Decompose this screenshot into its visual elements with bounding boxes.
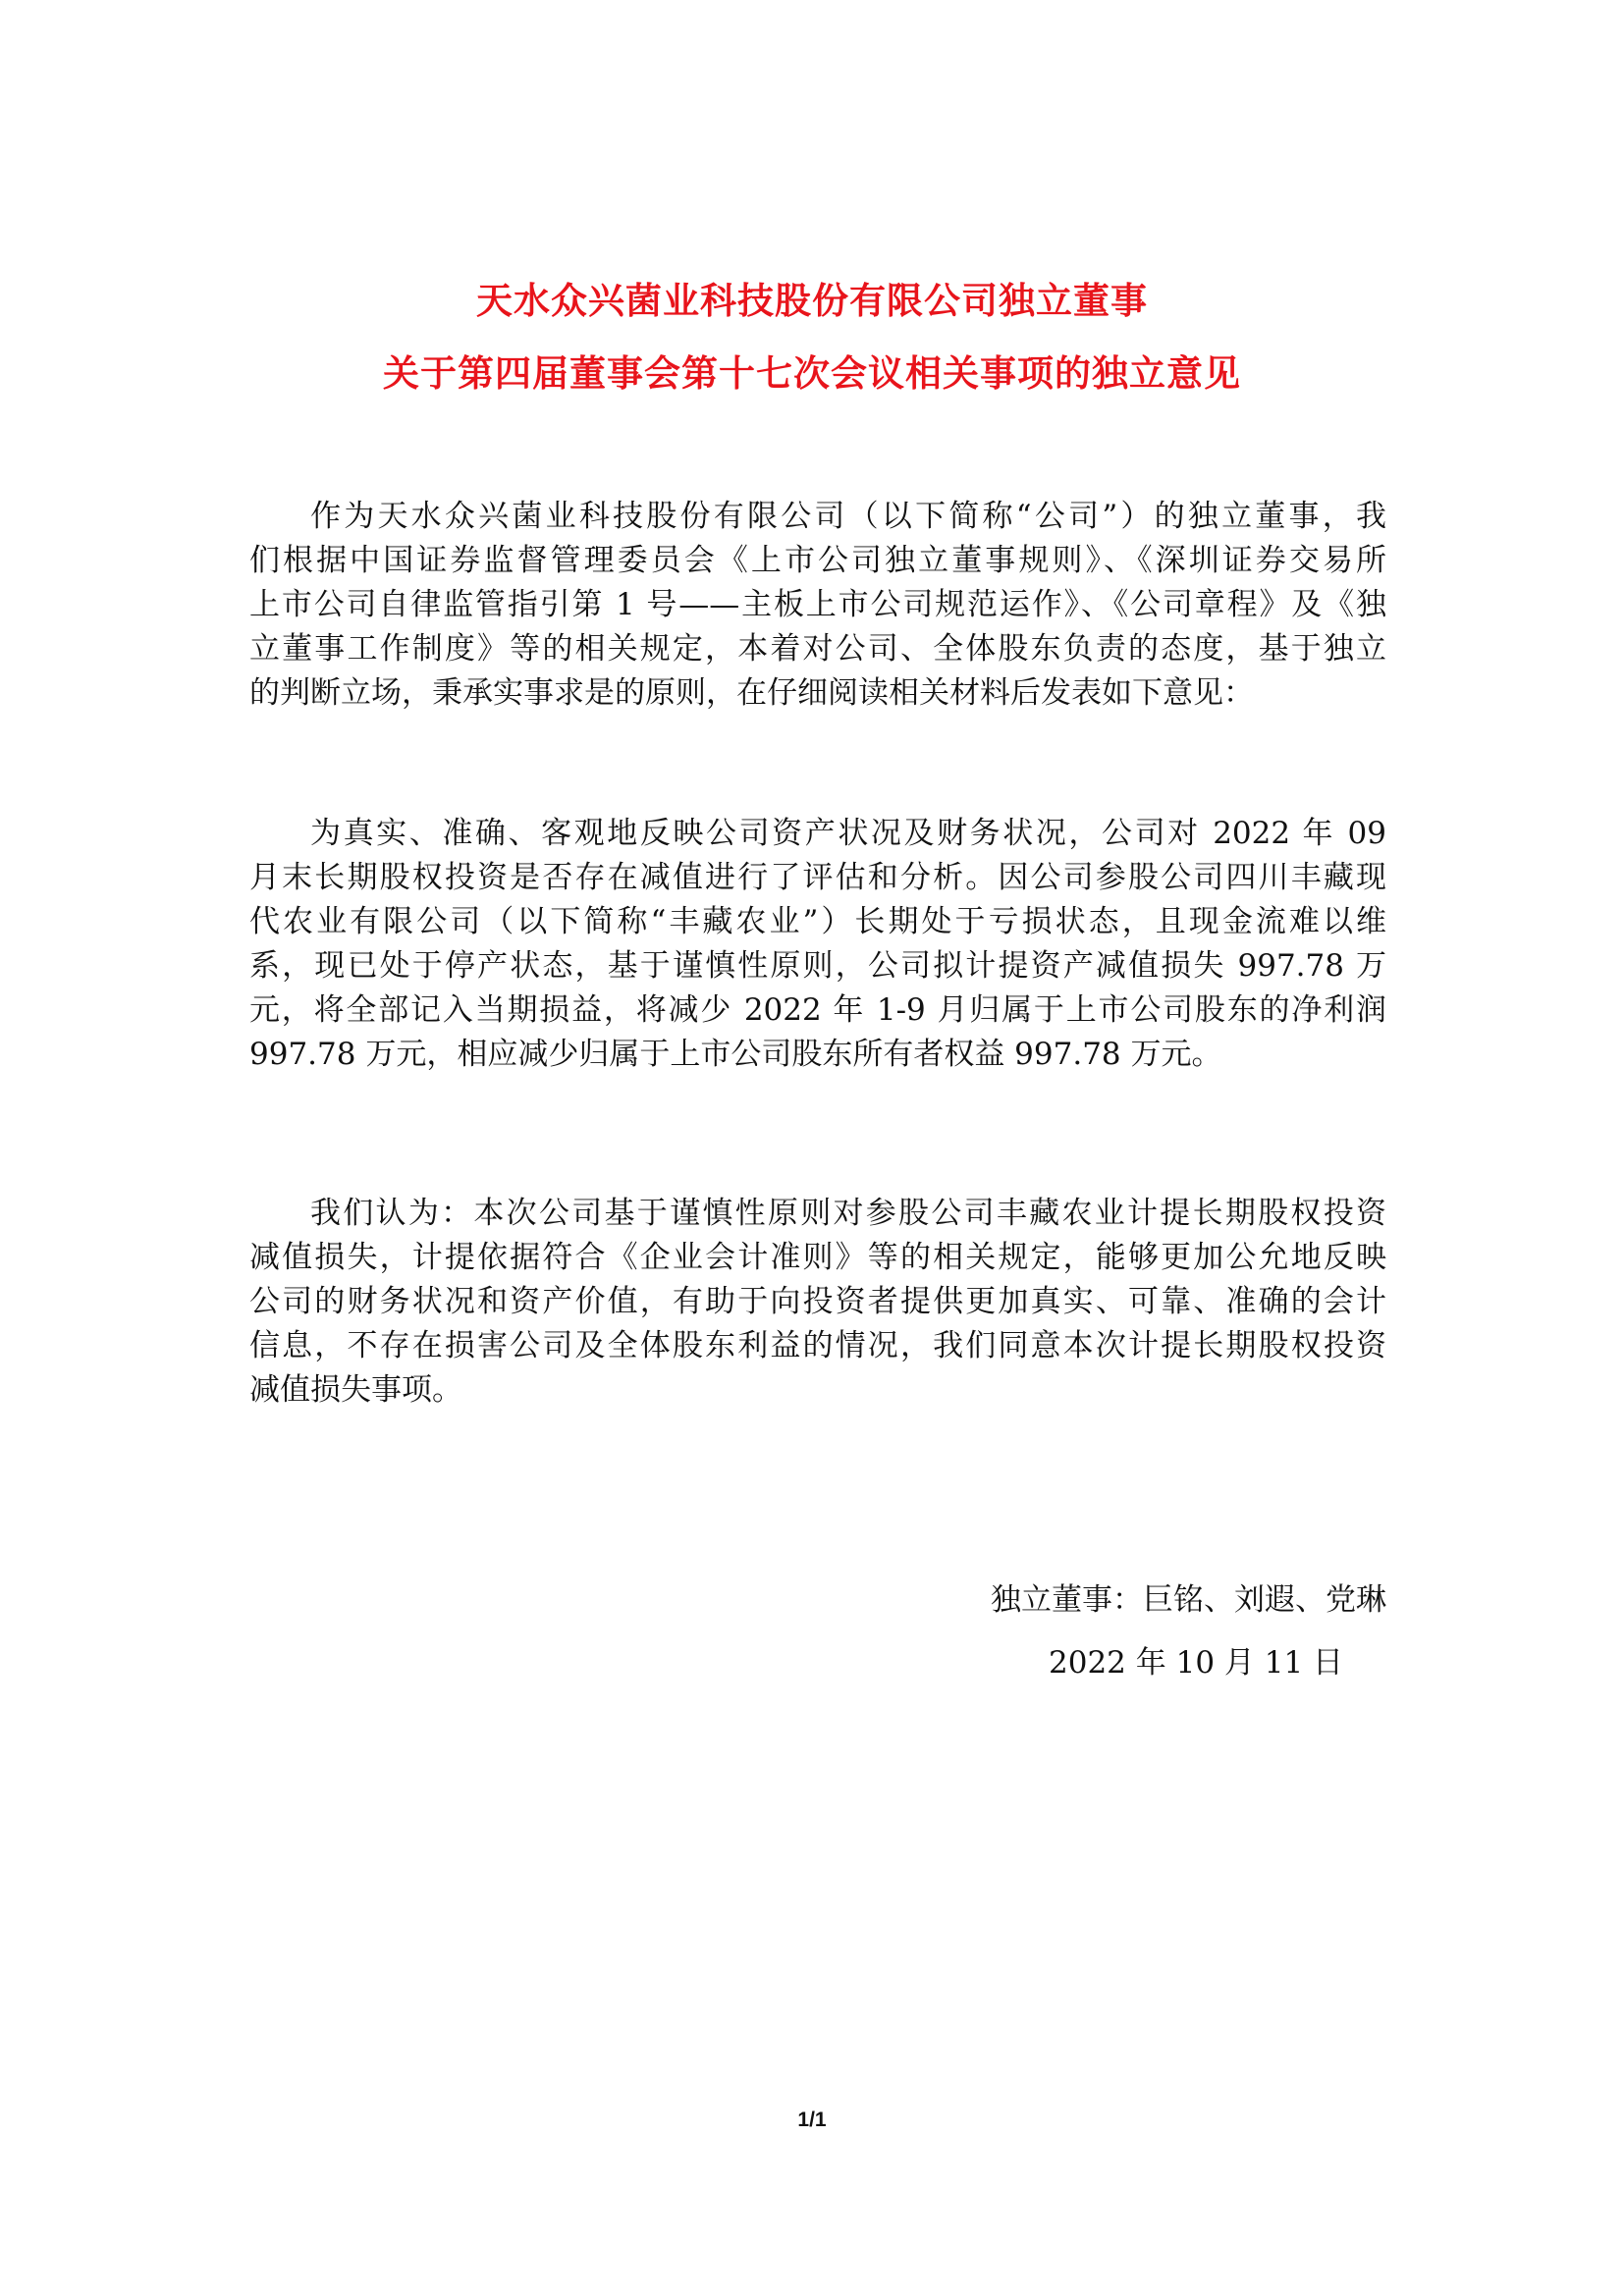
paragraph-line: 作为天水众兴菌业科技股份有限公司（以下简称“公司”）的独立董事，我 [249, 491, 1386, 535]
paragraph-line: 系，现已处于停产状态，基于谨慎性原则，公司拟计提资产减值损失 997.78 万 [249, 940, 1386, 985]
paragraph-impairment: 为真实、准确、客观地反映公司资产状况及财务状况，公司对 2022 年 09 月末… [249, 808, 1386, 1073]
paragraph-line: 上市公司自律监管指引第 1 号——主板上市公司规范运作》、《公司章程》及《独 [249, 579, 1386, 623]
paragraph-line: 减值损失事项。 [249, 1364, 1386, 1409]
paragraph-line: 们根据中国证券监督管理委员会《上市公司独立董事规则》、《深圳证券交易所 [249, 535, 1386, 579]
signature-date: 2022 年 10 月 11 日 [1049, 1637, 1343, 1682]
paragraph-line: 我们认为：本次公司基于谨慎性原则对参股公司丰藏农业计提长期股权投资 [249, 1188, 1386, 1232]
paragraph-line: 代农业有限公司（以下简称“丰藏农业”）长期处于亏损状态，且现金流难以维 [249, 896, 1386, 940]
paragraph-line: 公司的财务状况和资产价值，有助于向投资者提供更加真实、可靠、准确的会计 [249, 1276, 1386, 1320]
document-page: 天水众兴菌业科技股份有限公司独立董事 关于第四届董事会第十七次会议相关事项的独立… [0, 0, 1624, 2296]
document-title-line-1: 天水众兴菌业科技股份有限公司独立董事 [0, 271, 1624, 324]
paragraph-line: 立董事工作制度》等的相关规定，本着对公司、全体股东负责的态度，基于独立 [249, 623, 1386, 667]
signature-names: 独立董事：巨铭、刘遐、党琳 [991, 1575, 1386, 1619]
paragraph-line: 的判断立场，秉承实事求是的原则，在仔细阅读相关材料后发表如下意见： [249, 667, 1386, 712]
paragraph-line: 为真实、准确、客观地反映公司资产状况及财务状况，公司对 2022 年 09 [249, 808, 1386, 852]
paragraph-line: 减值损失，计提依据符合《企业会计准则》等的相关规定，能够更加公允地反映 [249, 1232, 1386, 1276]
paragraph-line: 元，将全部记入当期损益，将减少 2022 年 1-9 月归属于上市公司股东的净利… [249, 985, 1386, 1029]
document-title-line-2: 关于第四届董事会第十七次会议相关事项的独立意见 [0, 344, 1624, 397]
paragraph-line: 月末长期股权投资是否存在减值进行了评估和分析。因公司参股公司四川丰藏现 [249, 852, 1386, 896]
paragraph-line: 信息，不存在损害公司及全体股东利益的情况，我们同意本次计提长期股权投资 [249, 1320, 1386, 1364]
paragraph-intro: 作为天水众兴菌业科技股份有限公司（以下简称“公司”）的独立董事，我 们根据中国证… [249, 491, 1386, 712]
paragraph-opinion: 我们认为：本次公司基于谨慎性原则对参股公司丰藏农业计提长期股权投资 减值损失，计… [249, 1188, 1386, 1409]
page-number: 1/1 [0, 2109, 1624, 2132]
paragraph-line: 997.78 万元，相应减少归属于上市公司股东所有者权益 997.78 万元。 [249, 1029, 1386, 1073]
